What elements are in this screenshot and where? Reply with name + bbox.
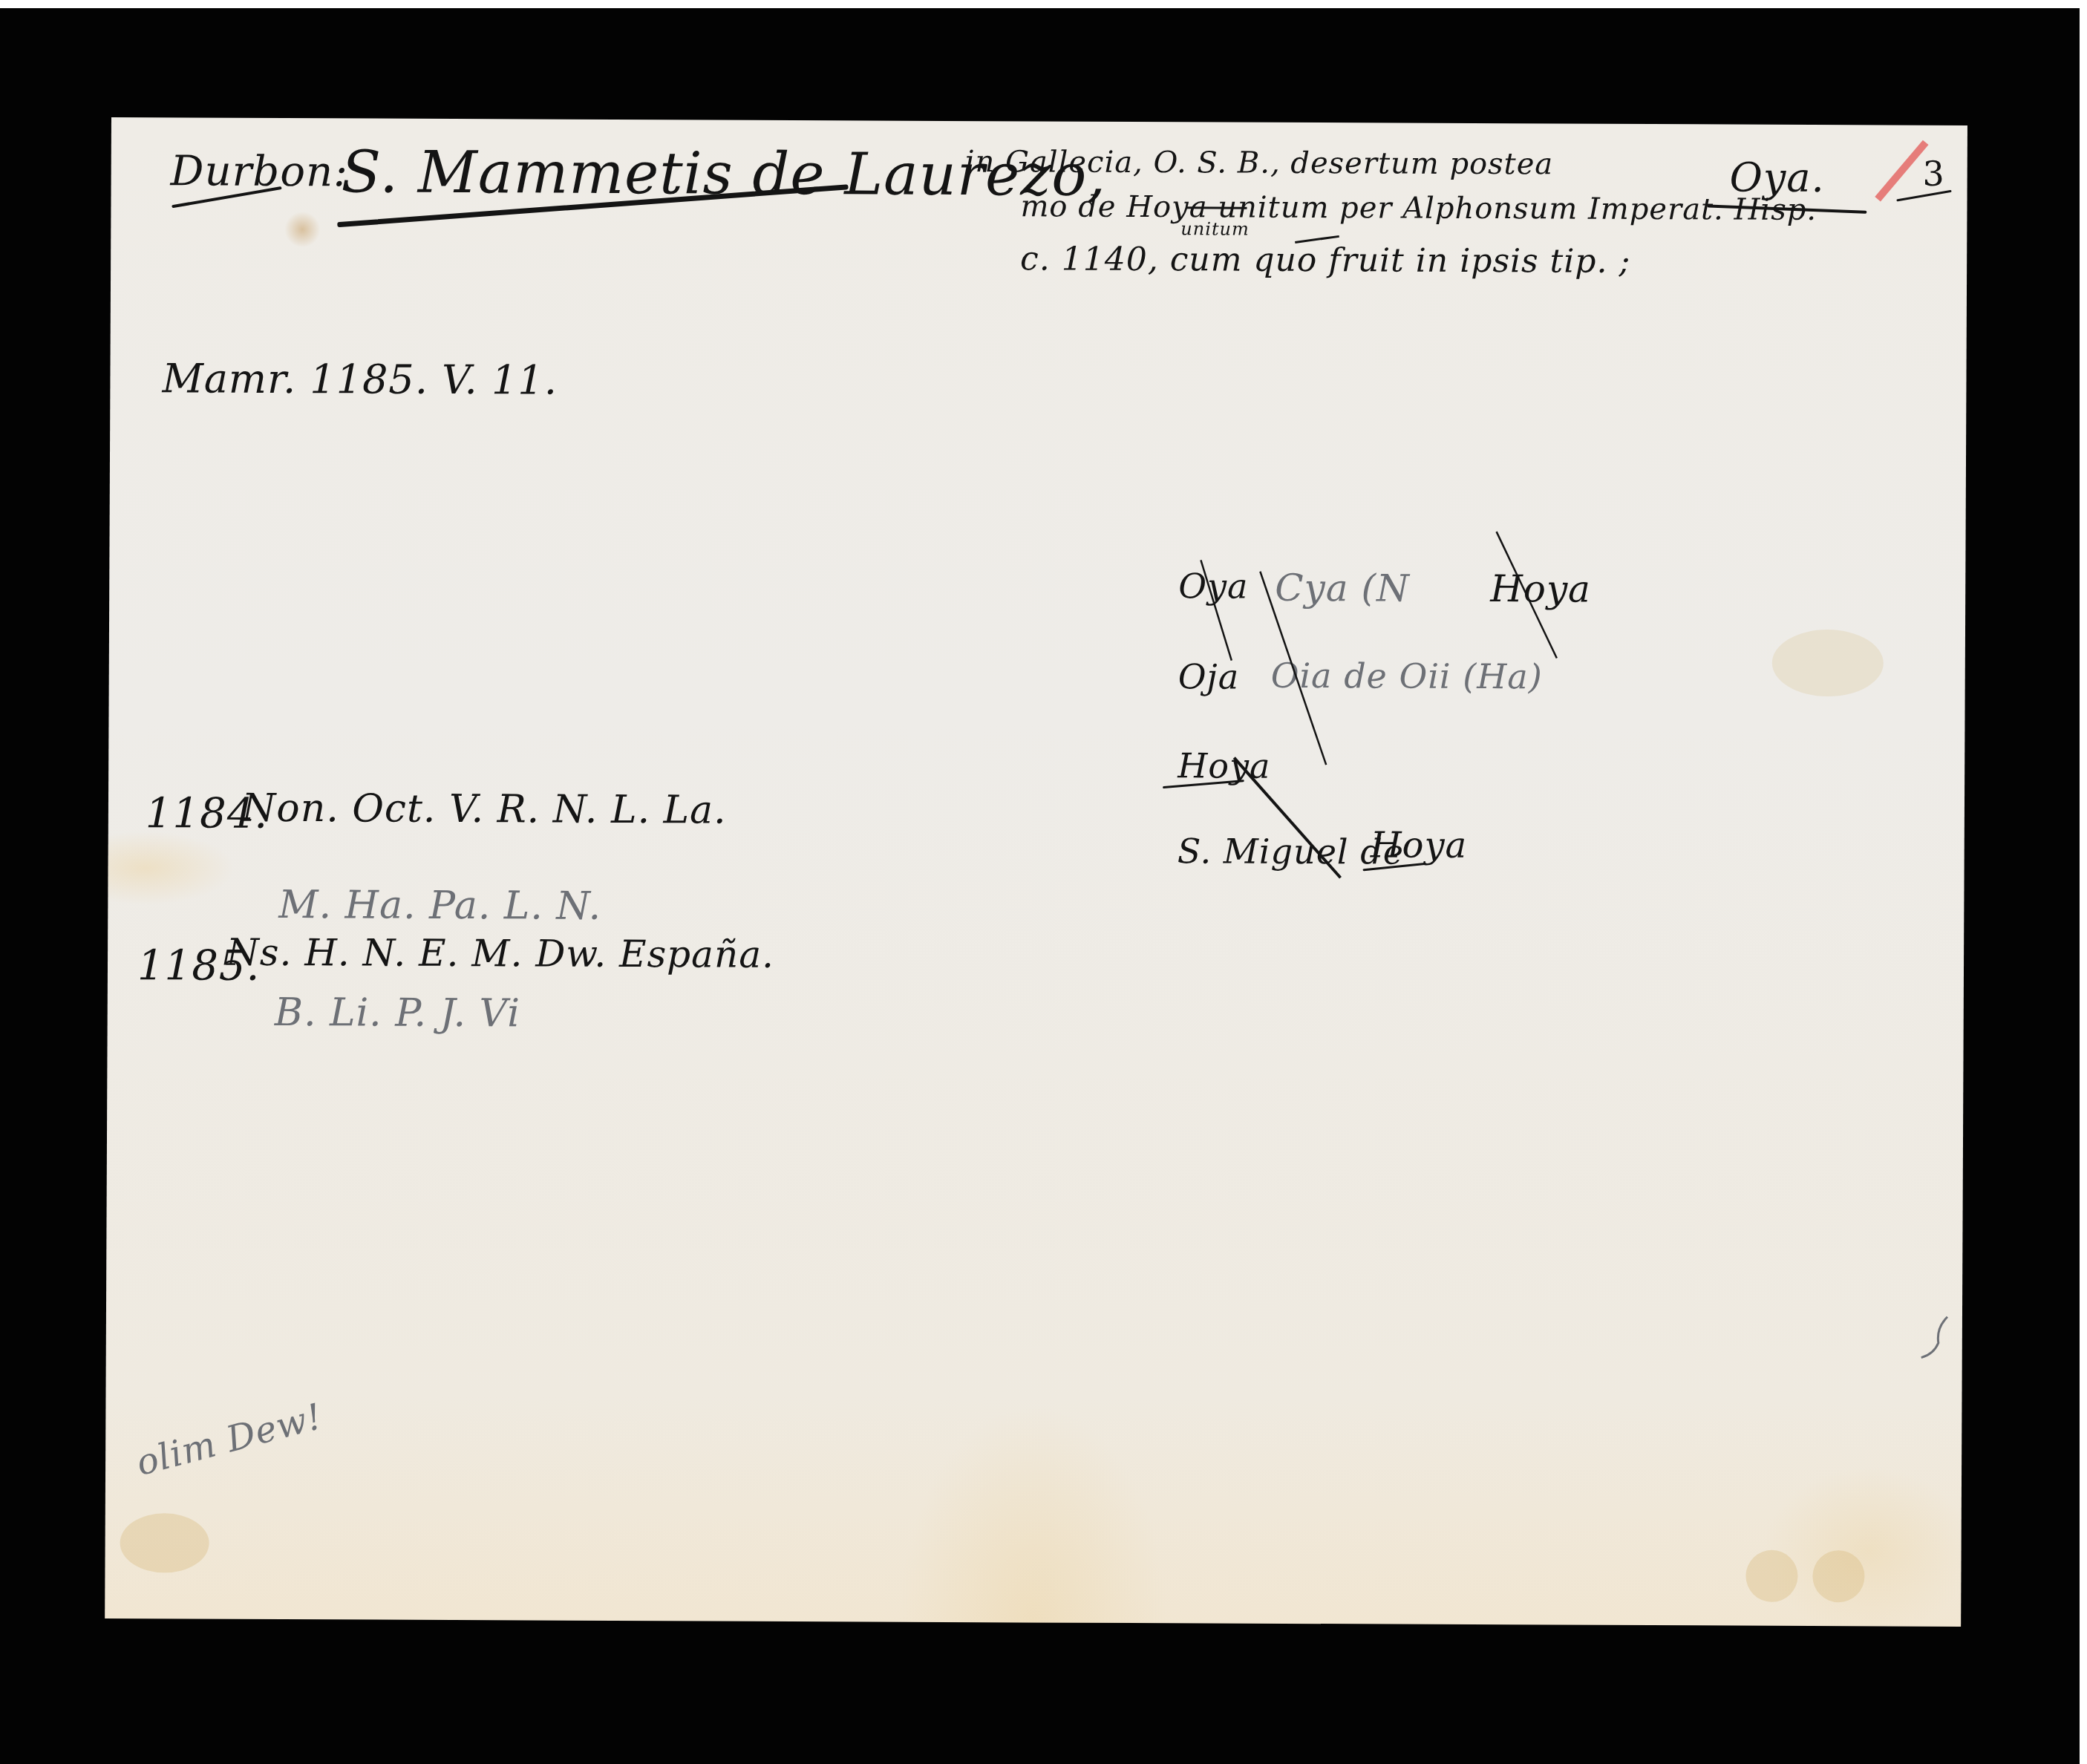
crossout-lines (105, 117, 1967, 1627)
pencil-mark (1918, 1313, 1955, 1365)
index-slip: Durbon: S. Mammetis de Laurezo, in Galle… (105, 117, 1967, 1627)
